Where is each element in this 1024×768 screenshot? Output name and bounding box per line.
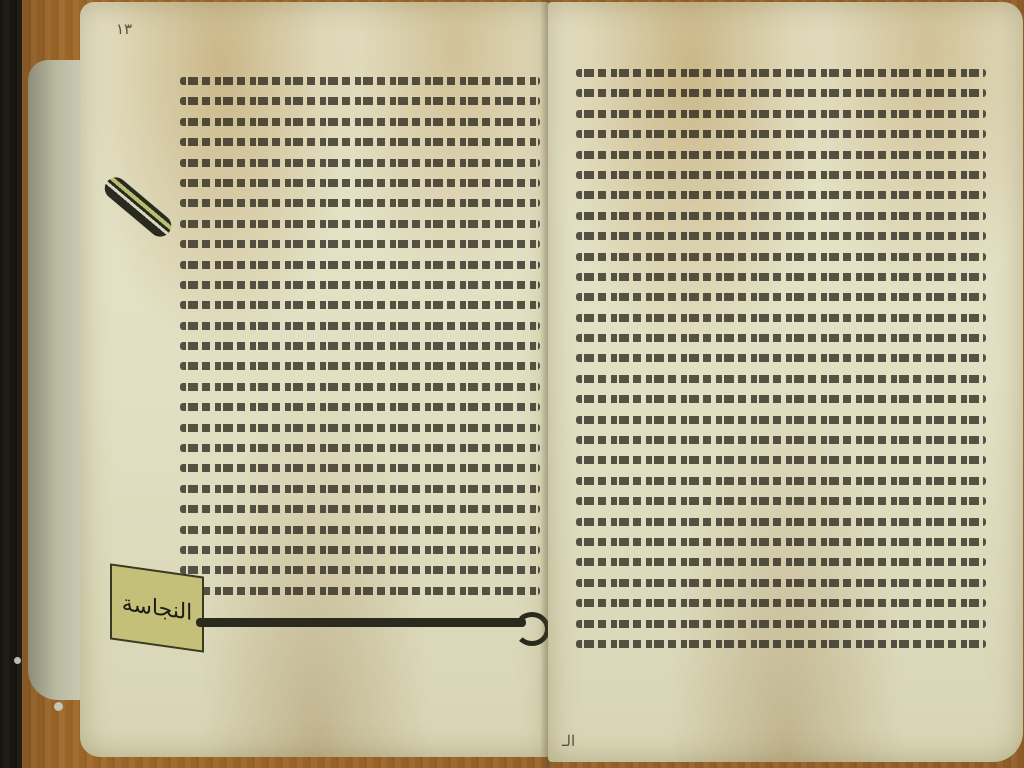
text-line [576, 449, 986, 469]
text-line [576, 388, 986, 408]
text-line [180, 294, 540, 314]
text-line [180, 539, 540, 559]
text-line [576, 633, 986, 653]
text-line [576, 368, 986, 388]
text-line [180, 417, 540, 437]
text-line [576, 246, 986, 266]
text-line [180, 355, 540, 375]
text-line [576, 225, 986, 245]
text-line [180, 457, 540, 477]
text-line [180, 274, 540, 294]
text-line [576, 307, 986, 327]
text-line [576, 103, 986, 123]
text-line [180, 172, 540, 192]
text-line [576, 164, 986, 184]
text-line [576, 470, 986, 490]
paint-drop [14, 657, 21, 664]
text-line [576, 144, 986, 164]
text-line [180, 233, 540, 253]
heading-cartouche: النجاسة [110, 563, 204, 652]
text-line [576, 551, 986, 571]
text-line [180, 376, 540, 396]
text-line [576, 327, 986, 347]
text-line [576, 511, 986, 531]
text-line [576, 266, 986, 286]
text-line [180, 315, 540, 335]
text-line [180, 396, 540, 416]
text-line [576, 592, 986, 612]
text-line [180, 580, 540, 600]
text-line [180, 498, 540, 518]
text-line [180, 254, 540, 274]
text-line [576, 62, 986, 82]
open-manuscript: ١٣ [28, 0, 1024, 768]
text-line [180, 192, 540, 212]
catchword: الـ [562, 732, 575, 750]
foliation-mark: ١٣ [116, 20, 132, 38]
text-line [576, 613, 986, 633]
text-line [180, 519, 540, 539]
right-text-block [576, 62, 986, 653]
text-line [180, 559, 540, 579]
text-line [576, 347, 986, 367]
text-line [180, 90, 540, 110]
heading-rule [196, 618, 526, 627]
text-line [576, 123, 986, 143]
text-line [180, 213, 540, 233]
text-line [180, 131, 540, 151]
text-line [180, 437, 540, 457]
text-line [576, 82, 986, 102]
text-line [576, 490, 986, 510]
right-page: الـ [548, 2, 1023, 762]
text-line [576, 429, 986, 449]
text-line [180, 70, 540, 90]
text-line [180, 335, 540, 355]
text-line [576, 531, 986, 551]
text-line [576, 286, 986, 306]
heading-text: النجاسة [122, 591, 193, 626]
text-line [576, 184, 986, 204]
left-text-block [180, 70, 540, 600]
text-line [576, 409, 986, 429]
text-line [180, 478, 540, 498]
text-line [576, 572, 986, 592]
text-line [576, 205, 986, 225]
text-line [180, 111, 540, 131]
text-line [180, 152, 540, 172]
